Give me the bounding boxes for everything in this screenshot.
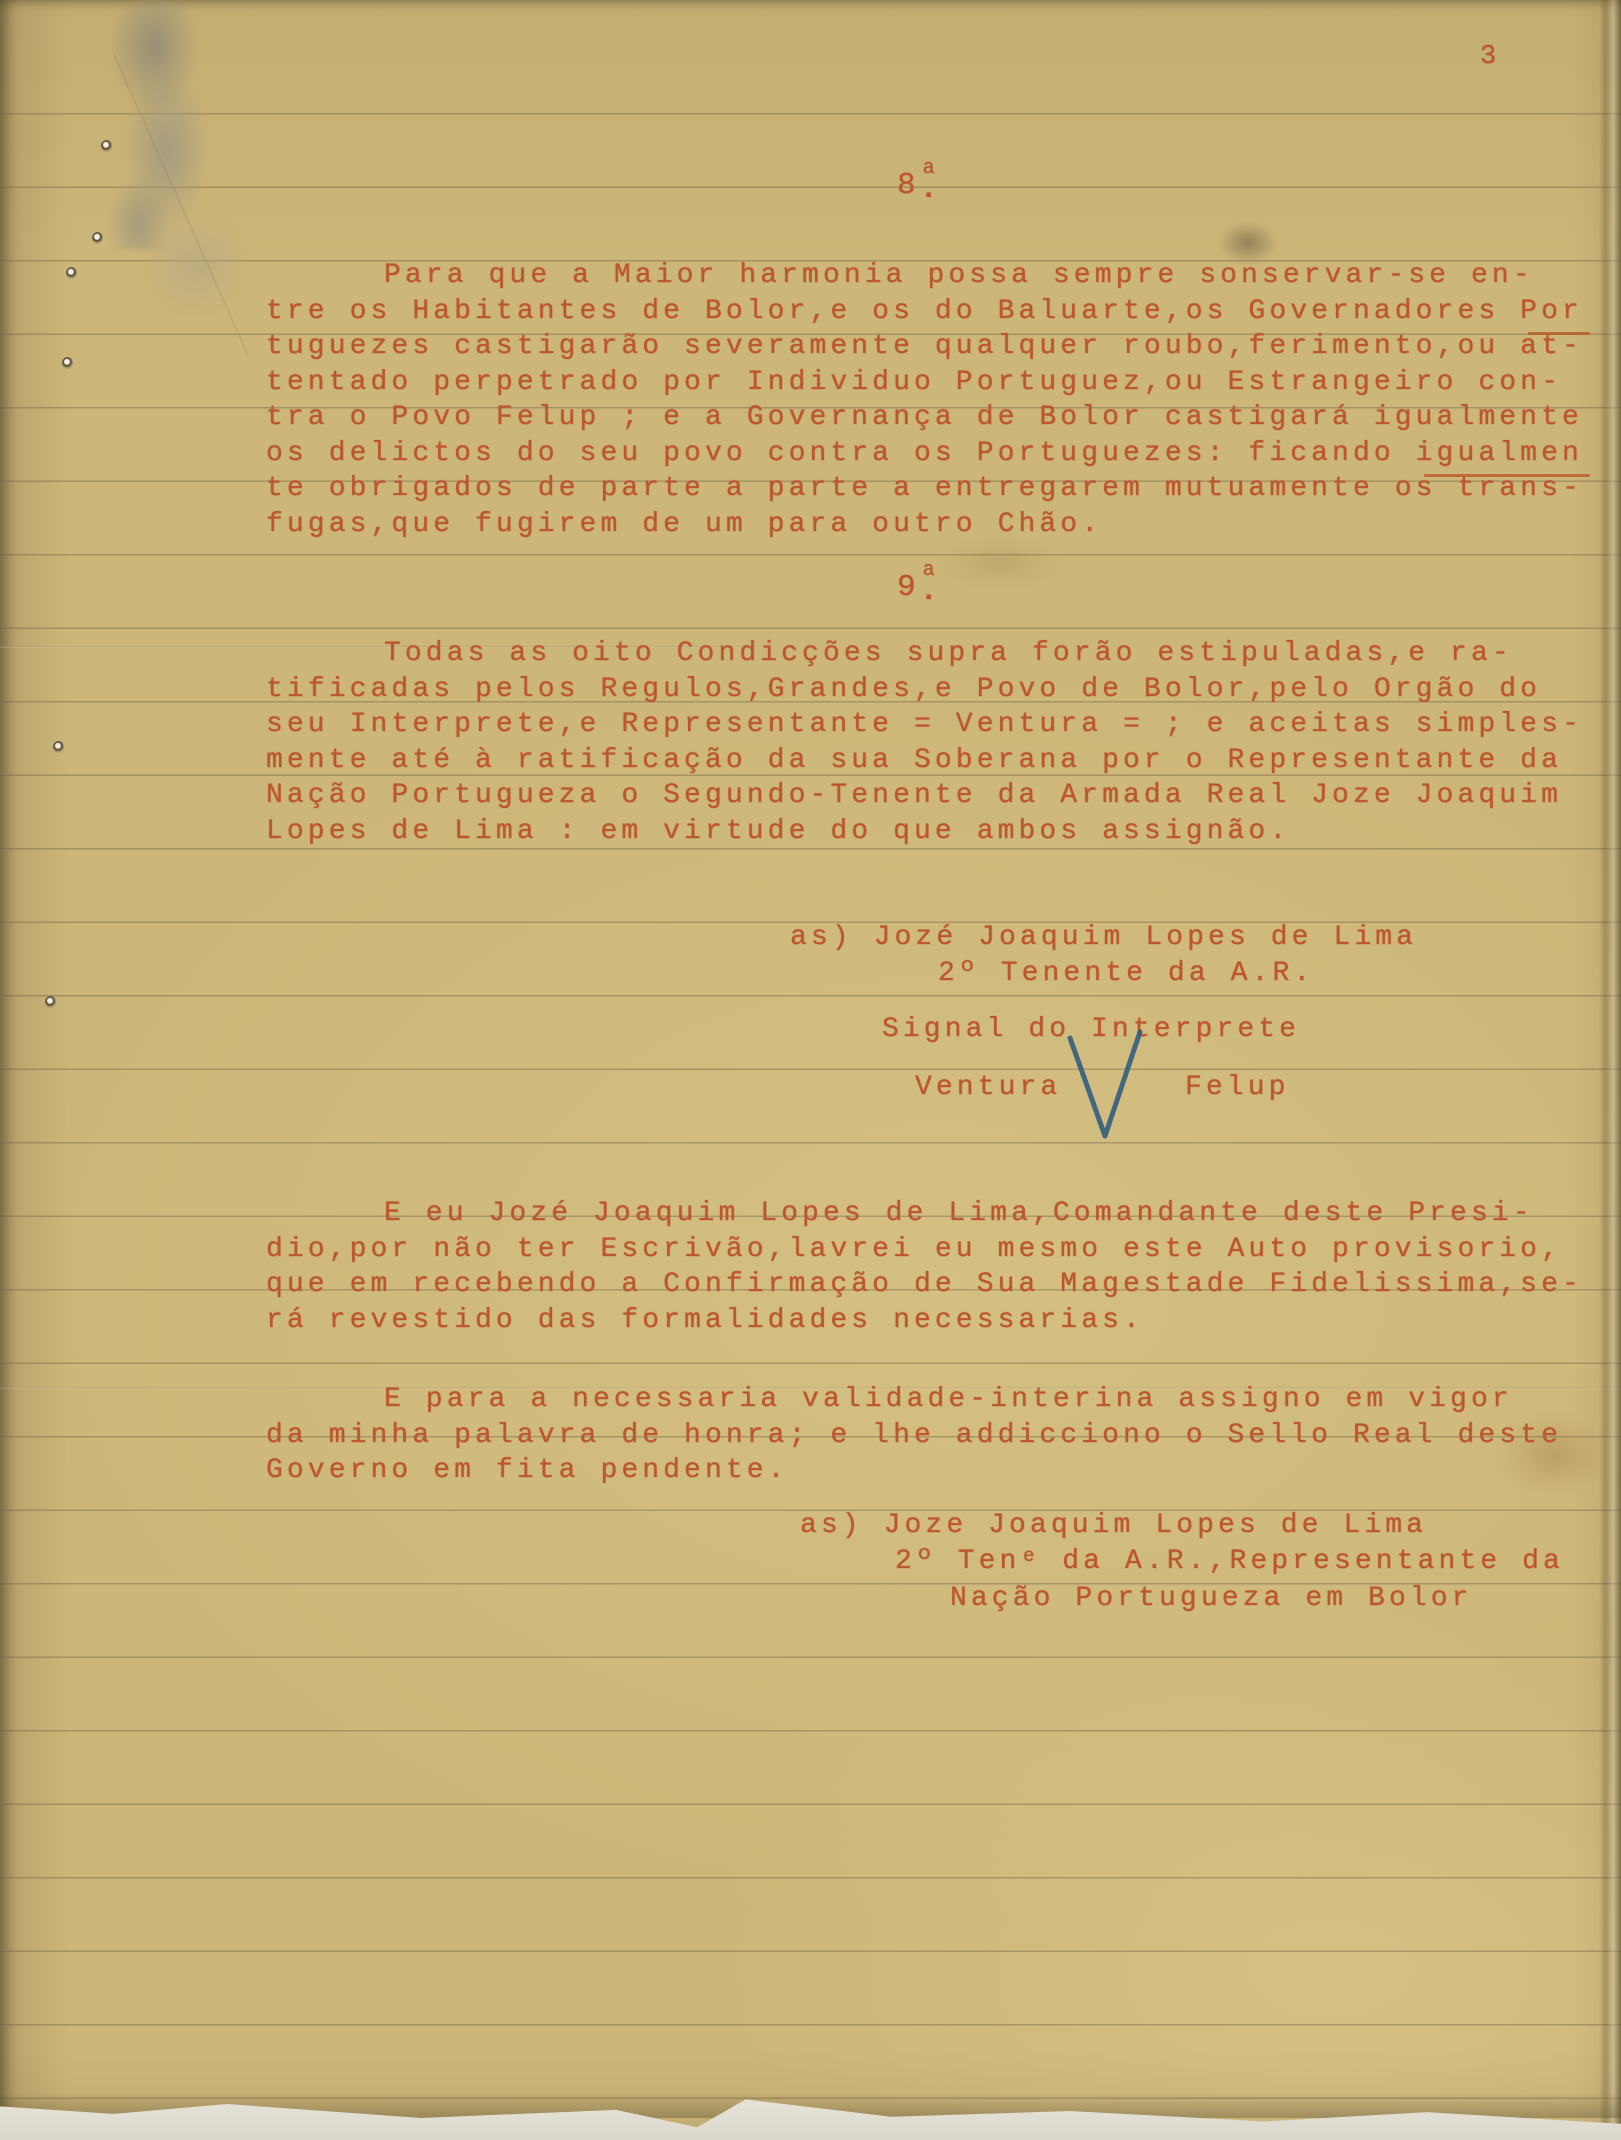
text-line: Todas as oito Condicções supra forão est…: [266, 636, 1583, 672]
text-line: Governo em fita pendente.: [266, 1453, 1562, 1489]
pin-hole: [92, 232, 103, 244]
text-line: Nação Portugueza o Segundo-Tenente da Ar…: [266, 778, 1583, 814]
section-8-digit: 8: [897, 168, 916, 203]
article-9-paragraph: Todas as oito Condicções supra forão est…: [266, 636, 1583, 849]
text-line: E para a necessaria validade-interina as…: [266, 1382, 1562, 1418]
text-line: fugas,que fugirem de um para outro Chão.: [266, 507, 1583, 543]
text-line: tuguezes castigarão severamente qualquer…: [266, 329, 1583, 365]
text-line: os delictos do seu povo contra os Portug…: [266, 436, 1583, 472]
signature-1-name: as) Jozé Joaquim Lopes de Lima: [790, 922, 1417, 953]
closing-paragraph-2: E para a necessaria validade-interina as…: [266, 1382, 1562, 1489]
text-line: tificadas pelos Regulos,Grandes,e Povo d…: [266, 672, 1583, 708]
text-line: mente até à ratificação da sua Soberana …: [266, 743, 1583, 779]
text-line: seu Interprete,e Representante = Ventura…: [266, 707, 1583, 743]
paper-stain: [940, 540, 1060, 586]
text-line: da minha palavra de honra; e lhe addicci…: [266, 1418, 1562, 1454]
pin-hole: [101, 140, 112, 152]
continuation-underline: [1424, 474, 1590, 477]
glue-stain-halo: [120, 190, 270, 340]
text-line: Lopes de Lima : em virtude do que ambos …: [266, 814, 1583, 850]
section-9-digit: 9: [897, 570, 916, 605]
text-line: tre os Habitantes de Bolor,e os do Balua…: [266, 294, 1583, 330]
text-line: rá revestido das formalidades necessaria…: [266, 1303, 1583, 1339]
interpreter-mark-letter: V: [0, 0, 1, 1]
signature-2-rank: 2º Tenᵉ da A.R.,Representante da: [895, 1546, 1564, 1577]
interpreter-mark-v-icon: [1058, 1028, 1154, 1146]
scanned-document-page: 3 8 a . Para que a Maior harmonia possa …: [0, 0, 1621, 2140]
continuation-underline: [1528, 332, 1590, 335]
section-9-heading: 9 a .: [897, 570, 938, 605]
ordinal-superscript: a .: [920, 168, 938, 193]
article-8-paragraph: Para que a Maior harmonia possa sempre s…: [266, 258, 1583, 542]
pin-hole: [53, 741, 64, 753]
interpreter-name: Ventura: [915, 1072, 1061, 1103]
page-number: 3: [1480, 42, 1498, 72]
signature-1-rank: 2º Tenente da A.R.: [938, 958, 1314, 989]
text-line: dio,por não ter Escrivão,lavrei eu mesmo…: [266, 1232, 1583, 1268]
ordinal-superscript: a .: [920, 570, 938, 595]
text-line: que em recebendo a Confirmação de Sua Ma…: [266, 1267, 1583, 1303]
text-line: tra o Povo Felup ; e a Governança de Bol…: [266, 400, 1583, 436]
text-line: E eu Jozé Joaquim Lopes de Lima,Comandan…: [266, 1196, 1583, 1232]
interpreter-surname: Felup: [1185, 1072, 1290, 1103]
text-line: te obrigados de parte a parte a entregar…: [266, 471, 1583, 507]
pin-hole: [62, 357, 73, 369]
backing-sheet: [0, 2082, 1621, 2140]
closing-paragraph-1: E eu Jozé Joaquim Lopes de Lima,Comandan…: [266, 1196, 1583, 1338]
page-right-edge: [1599, 0, 1621, 2140]
text-line: Para que a Maior harmonia possa sempre s…: [266, 258, 1583, 294]
pin-hole: [66, 267, 77, 279]
signature-2-nation: Nação Portugueza em Bolor: [950, 1583, 1473, 1614]
section-8-heading: 8 a .: [897, 168, 938, 203]
text-line: tentado perpetrado por Individuo Portugu…: [266, 365, 1583, 401]
pin-hole: [45, 996, 56, 1008]
signature-2-name: as) Joze Joaquim Lopes de Lima: [800, 1510, 1427, 1541]
